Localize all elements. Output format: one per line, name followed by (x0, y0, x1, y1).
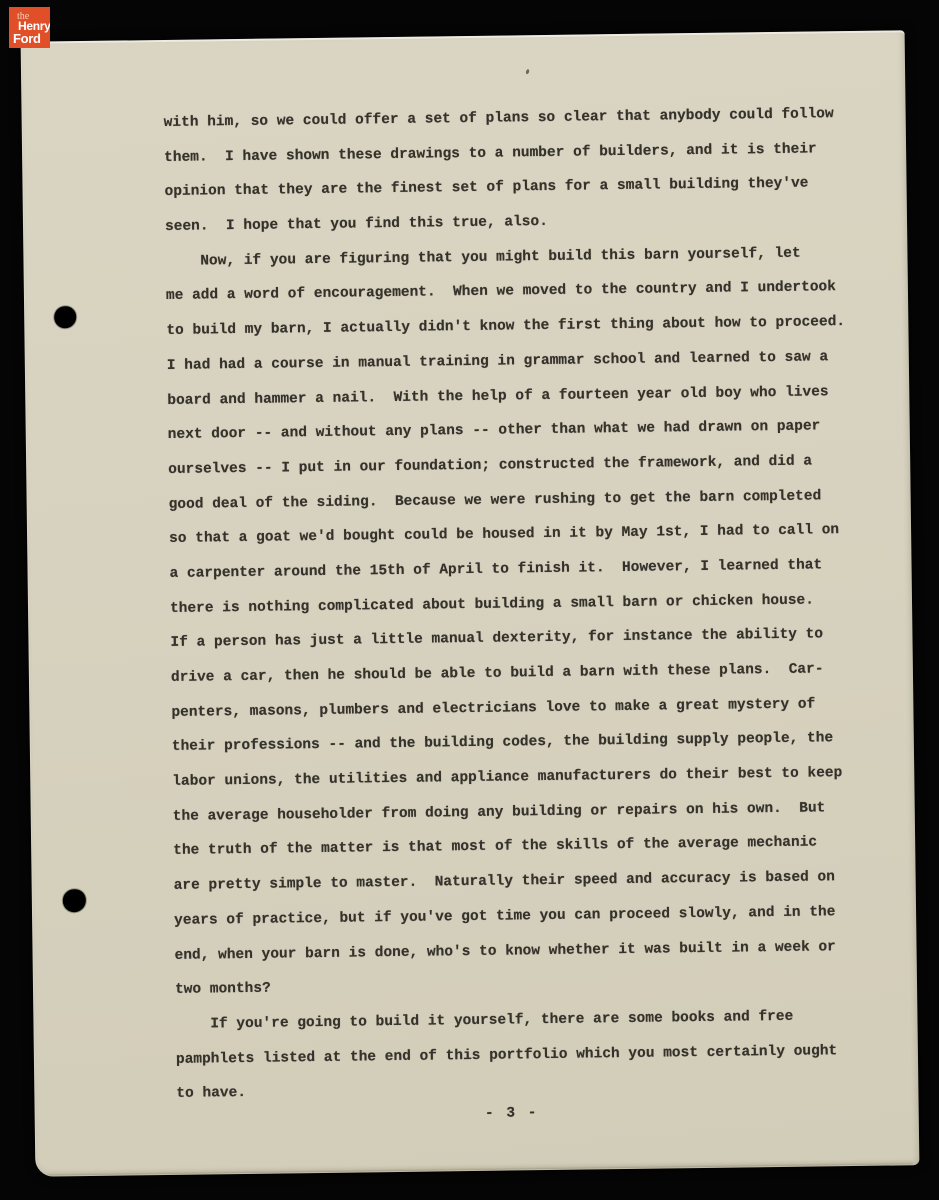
paper-speck (525, 69, 529, 75)
logo-text-ford: Ford (13, 31, 41, 46)
document-page: with him, so we could offer a set of pla… (21, 30, 920, 1176)
page-number: - 3 - (176, 1092, 846, 1135)
henry-ford-logo: the Henry Ford (9, 7, 50, 48)
punch-hole-top (54, 306, 76, 328)
typed-text-block: with him, so we could offer a set of pla… (163, 97, 866, 1112)
punch-hole-bottom (63, 889, 86, 912)
scan-background: with him, so we could offer a set of pla… (0, 0, 939, 1200)
